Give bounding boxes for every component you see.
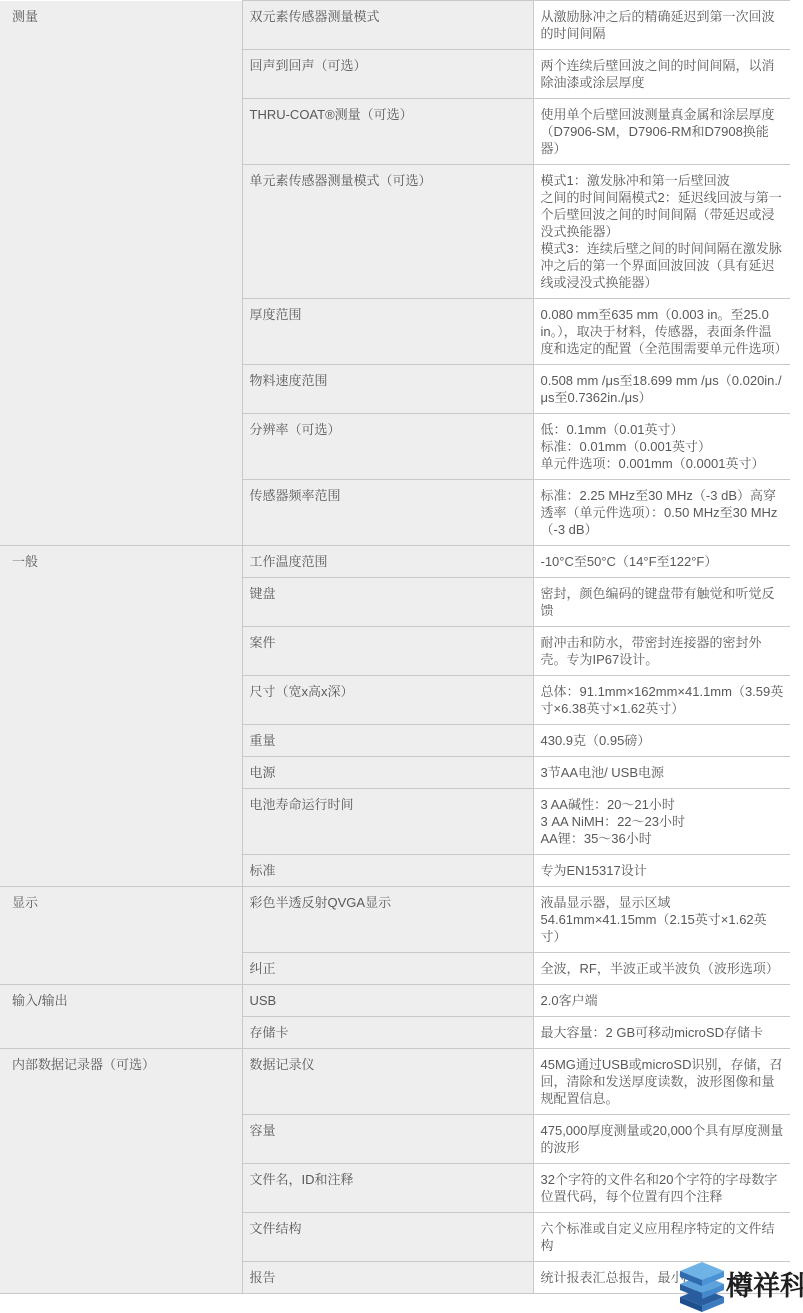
cube-stack-logo-icon bbox=[679, 1260, 725, 1312]
spec-value-cell: 使用单个后壁回波测量真金属和涂层厚度（D7906-SM，D7906-RM和D79… bbox=[533, 99, 790, 165]
spec-name-cell: 存储卡 bbox=[242, 1017, 533, 1049]
spec-name-cell: 单元素传感器测量模式（可选） bbox=[242, 165, 533, 299]
spec-value-cell: 3 AA碱性：20〜21小时 3 AA NiMH：22〜23小时 AA锂：35〜… bbox=[533, 789, 790, 855]
spec-table: 测量双元素传感器测量模式从激励脉冲之后的精确延迟到第一次回波的时间间隔回声到回声… bbox=[0, 0, 790, 1294]
spec-value-cell: 标准：2.25 MHz至30 MHz（-3 dB）高穿透率（单元件选项）：0.5… bbox=[533, 480, 790, 546]
spec-name-cell: 传感器频率范围 bbox=[242, 480, 533, 546]
spec-name-cell: 重量 bbox=[242, 725, 533, 757]
spec-name-cell: 工作温度范围 bbox=[242, 546, 533, 578]
spec-name-cell: 电源 bbox=[242, 757, 533, 789]
spec-name-cell: 纠正 bbox=[242, 953, 533, 985]
spec-value-cell: 全波，RF，半波正或半波负（波形选项） bbox=[533, 953, 790, 985]
spec-value-cell: 六个标准或自定义应用程序特定的文件结构 bbox=[533, 1213, 790, 1262]
spec-name-cell: 彩色半透反射QVGA显示 bbox=[242, 887, 533, 953]
category-cell: 显示 bbox=[0, 887, 242, 985]
watermark: 樽祥科技 bbox=[679, 1260, 803, 1312]
spec-name-cell: 报告 bbox=[242, 1262, 533, 1294]
spec-name-cell: USB bbox=[242, 985, 533, 1017]
spec-row: 显示彩色半透反射QVGA显示液晶显示器，显示区域 54.61mm×41.15mm… bbox=[0, 887, 790, 953]
spec-row: 内部数据记录器（可选）数据记录仪45MG通过USB或microSD识别，存储，召… bbox=[0, 1049, 790, 1115]
spec-name-cell: 厚度范围 bbox=[242, 299, 533, 365]
spec-value-cell: 最大容量：2 GB可移动microSD存储卡 bbox=[533, 1017, 790, 1049]
spec-value-cell: 3节AA电池/ USB电源 bbox=[533, 757, 790, 789]
spec-name-cell: 文件结构 bbox=[242, 1213, 533, 1262]
spec-row: 输入/输出USB2.0客户端 bbox=[0, 985, 790, 1017]
spec-name-cell: 尺寸（宽x高x深） bbox=[242, 676, 533, 725]
watermark-text: 樽祥科技 bbox=[726, 1273, 803, 1300]
spec-name-cell: 文件名，ID和注释 bbox=[242, 1164, 533, 1213]
spec-value-cell: 专为EN15317设计 bbox=[533, 855, 790, 887]
spec-row: 一般工作温度范围-10°C至50°C（14°F至122°F） bbox=[0, 546, 790, 578]
spec-value-cell: 0.080 mm至635 mm（0.003 in。至25.0 in。），取决于材… bbox=[533, 299, 790, 365]
spec-value-cell: 两个连续后壁回波之间的时间间隔，以消除油漆或涂层厚度 bbox=[533, 50, 790, 99]
spec-name-cell: THRU-COAT®测量（可选） bbox=[242, 99, 533, 165]
spec-name-cell: 物料速度范围 bbox=[242, 365, 533, 414]
spec-name-cell: 键盘 bbox=[242, 578, 533, 627]
spec-name-cell: 标准 bbox=[242, 855, 533, 887]
spec-name-cell: 数据记录仪 bbox=[242, 1049, 533, 1115]
spec-name-cell: 双元素传感器测量模式 bbox=[242, 1, 533, 50]
spec-name-cell: 分辨率（可选） bbox=[242, 414, 533, 480]
category-cell: 输入/输出 bbox=[0, 985, 242, 1049]
spec-table-body: 测量双元素传感器测量模式从激励脉冲之后的精确延迟到第一次回波的时间间隔回声到回声… bbox=[0, 1, 790, 1294]
spec-value-cell: 430.9克（0.95磅） bbox=[533, 725, 790, 757]
category-cell: 内部数据记录器（可选） bbox=[0, 1049, 242, 1294]
spec-value-cell: 32个字符的文件名和20个字符的字母数字位置代码，每个位置有四个注释 bbox=[533, 1164, 790, 1213]
spec-value-cell: 低：0.1mm（0.01英寸） 标准：0.01mm（0.001英寸） 单元件选项… bbox=[533, 414, 790, 480]
category-cell: 测量 bbox=[0, 1, 242, 546]
spec-name-cell: 容量 bbox=[242, 1115, 533, 1164]
spec-value-cell: 耐冲击和防水，带密封连接器的密封外壳。专为IP67设计。 bbox=[533, 627, 790, 676]
spec-row: 测量双元素传感器测量模式从激励脉冲之后的精确延迟到第一次回波的时间间隔 bbox=[0, 1, 790, 50]
spec-value-cell: 475,000厚度测量或20,000个具有厚度测量的波形 bbox=[533, 1115, 790, 1164]
spec-value-cell: 密封，颜色编码的键盘带有触觉和听觉反馈 bbox=[533, 578, 790, 627]
spec-value-cell: 液晶显示器，显示区域 54.61mm×41.15mm（2.15英寸×1.62英寸… bbox=[533, 887, 790, 953]
spec-name-cell: 电池寿命运行时间 bbox=[242, 789, 533, 855]
spec-value-cell: 0.508 mm /μs至18.699 mm /μs（0.020in./μs至0… bbox=[533, 365, 790, 414]
spec-value-cell: 从激励脉冲之后的精确延迟到第一次回波的时间间隔 bbox=[533, 1, 790, 50]
spec-value-cell: 2.0客户端 bbox=[533, 985, 790, 1017]
category-cell: 一般 bbox=[0, 546, 242, 887]
spec-name-cell: 案件 bbox=[242, 627, 533, 676]
spec-value-cell: 45MG通过USB或microSD识别，存储，召回，清除和发送厚度读数，波形图像… bbox=[533, 1049, 790, 1115]
spec-value-cell: 总体：91.1mm×162mm×41.1mm（3.59英寸×6.38英寸×1.6… bbox=[533, 676, 790, 725]
spec-name-cell: 回声到回声（可选） bbox=[242, 50, 533, 99]
spec-value-cell: 模式1：激发脉冲和第一后壁回波 之间的时间间隔模式2：延迟线回波与第一个后壁回波… bbox=[533, 165, 790, 299]
spec-value-cell: -10°C至50°C（14°F至122°F） bbox=[533, 546, 790, 578]
